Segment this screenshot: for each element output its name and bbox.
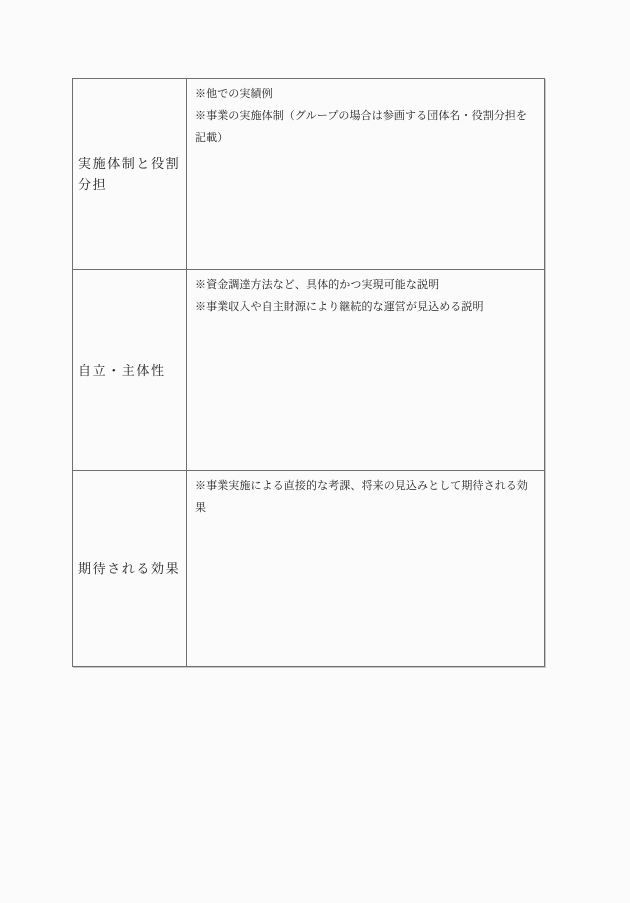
note-text: ※資金調達方法など、具体的かつ実現可能な説明 <box>195 274 538 296</box>
note-text: ※事業実施による直接的な考課、将来の見込みとして期待される効果 <box>195 475 538 519</box>
notes-cell-independence: ※資金調達方法など、具体的かつ実現可能な説明 ※事業収入や自主財源により継続的な… <box>187 270 545 471</box>
criteria-table-body: 実施体制と役割分担 ※他での実績例 ※事業の実施体制（グループの場合は参画する団… <box>73 79 545 667</box>
table-row-implementation-structure: 実施体制と役割分担 ※他での実績例 ※事業の実施体制（グループの場合は参画する団… <box>73 79 545 270</box>
note-text: ※事業収入や自主財源により継続的な運営が見込める説明 <box>195 296 538 318</box>
row-header-independence: 自立・主体性 <box>73 270 187 471</box>
criteria-table: 実施体制と役割分担 ※他での実績例 ※事業の実施体制（グループの場合は参画する団… <box>72 78 545 667</box>
notes-cell-implementation-structure: ※他での実績例 ※事業の実施体制（グループの場合は参画する団体名・役割分担を記載… <box>187 79 545 270</box>
table-row-independence: 自立・主体性 ※資金調達方法など、具体的かつ実現可能な説明 ※事業収入や自主財源… <box>73 270 545 471</box>
table-row-expected-effects: 期待される効果 ※事業実施による直接的な考課、将来の見込みとして期待される効果 <box>73 471 545 667</box>
document-page: { "page": { "background_color": "#fbfbfb… <box>0 0 630 903</box>
row-header-implementation-structure: 実施体制と役割分担 <box>73 79 187 270</box>
notes-cell-expected-effects: ※事業実施による直接的な考課、将来の見込みとして期待される効果 <box>187 471 545 667</box>
note-text: ※他での実績例 <box>195 83 538 105</box>
note-text: ※事業の実施体制（グループの場合は参画する団体名・役割分担を記載） <box>195 105 538 149</box>
row-header-expected-effects: 期待される効果 <box>73 471 187 667</box>
